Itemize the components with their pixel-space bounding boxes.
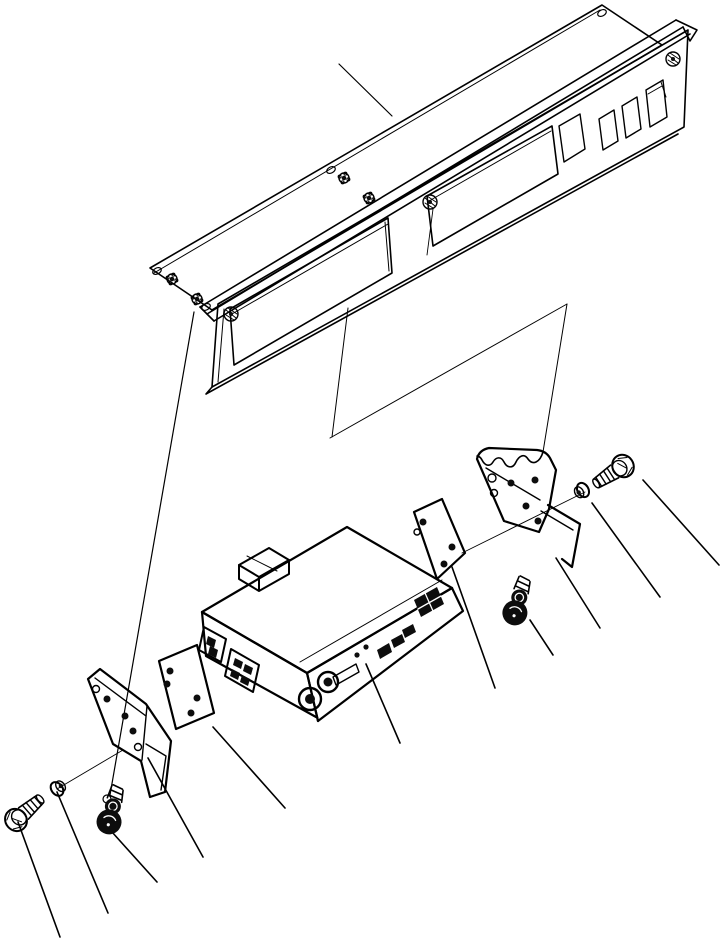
- radio-top-connector: [239, 548, 289, 591]
- right-pan-screw: [499, 574, 537, 628]
- right-mounting-plate: [414, 499, 465, 579]
- right-hex-bolt: [588, 451, 638, 495]
- leader-lines: [18, 64, 719, 937]
- radio-buttons: [333, 587, 444, 685]
- diagram-canvas: Exploded-view monochrome line drawing: a…: [0, 0, 720, 939]
- right-mounting-bracket: [477, 448, 580, 567]
- radio-unit: [199, 527, 463, 721]
- exploded-parts-diagram: Exploded-view monochrome line drawing: a…: [0, 0, 720, 939]
- phantom-console-outline: [330, 304, 567, 467]
- radio-connectors: [199, 627, 259, 692]
- left-mounting-plate: [159, 645, 214, 729]
- left-pan-screw: [94, 783, 130, 837]
- left-hex-bolt: [1, 789, 50, 836]
- right-flanged-nut: [572, 481, 592, 501]
- radio-knobs: [299, 672, 338, 710]
